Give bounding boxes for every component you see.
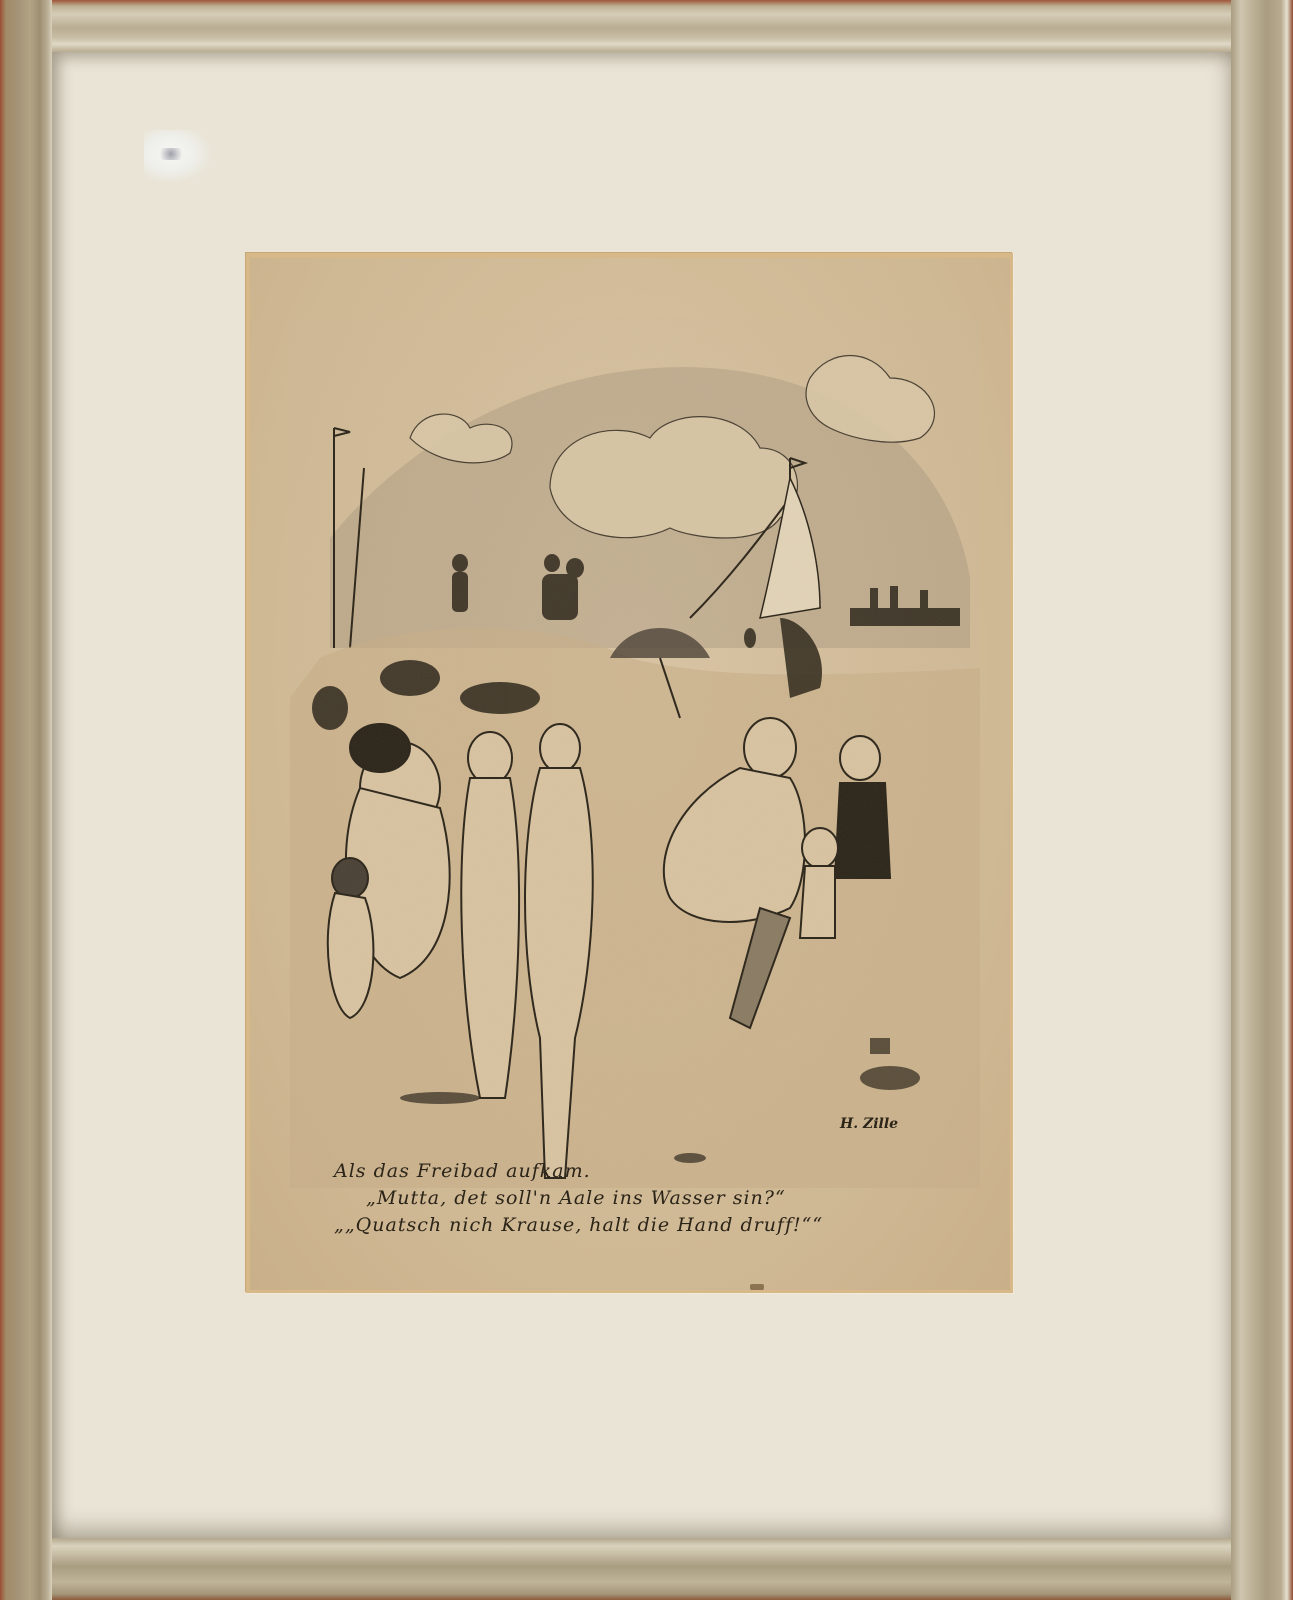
caption-line-1: Als das Freibad aufkam.	[334, 1158, 934, 1185]
picture-frame: H. Zille Als das Freibad aufkam. „Mutta,…	[0, 0, 1293, 1600]
mounting-hinge	[750, 1284, 764, 1290]
artist-signature: H. Zille	[840, 1116, 898, 1132]
handwritten-caption: Als das Freibad aufkam. „Mutta, det soll…	[334, 1158, 934, 1239]
frame-top-rail	[0, 0, 1293, 52]
frame-left-rail	[0, 0, 52, 1600]
caption-line-2: „Mutta, det soll'n Aale ins Wasser sin?“	[334, 1185, 934, 1212]
beach-scene-illustration	[290, 318, 980, 1188]
frame-right-rail	[1231, 0, 1293, 1600]
mat-damage-spot	[144, 130, 210, 182]
caption-line-3: „„Quatsch nich Krause, halt die Hand dru…	[334, 1212, 934, 1239]
frame-bottom-rail	[0, 1538, 1293, 1600]
artwork-paper: H. Zille Als das Freibad aufkam. „Mutta,…	[250, 258, 1010, 1290]
